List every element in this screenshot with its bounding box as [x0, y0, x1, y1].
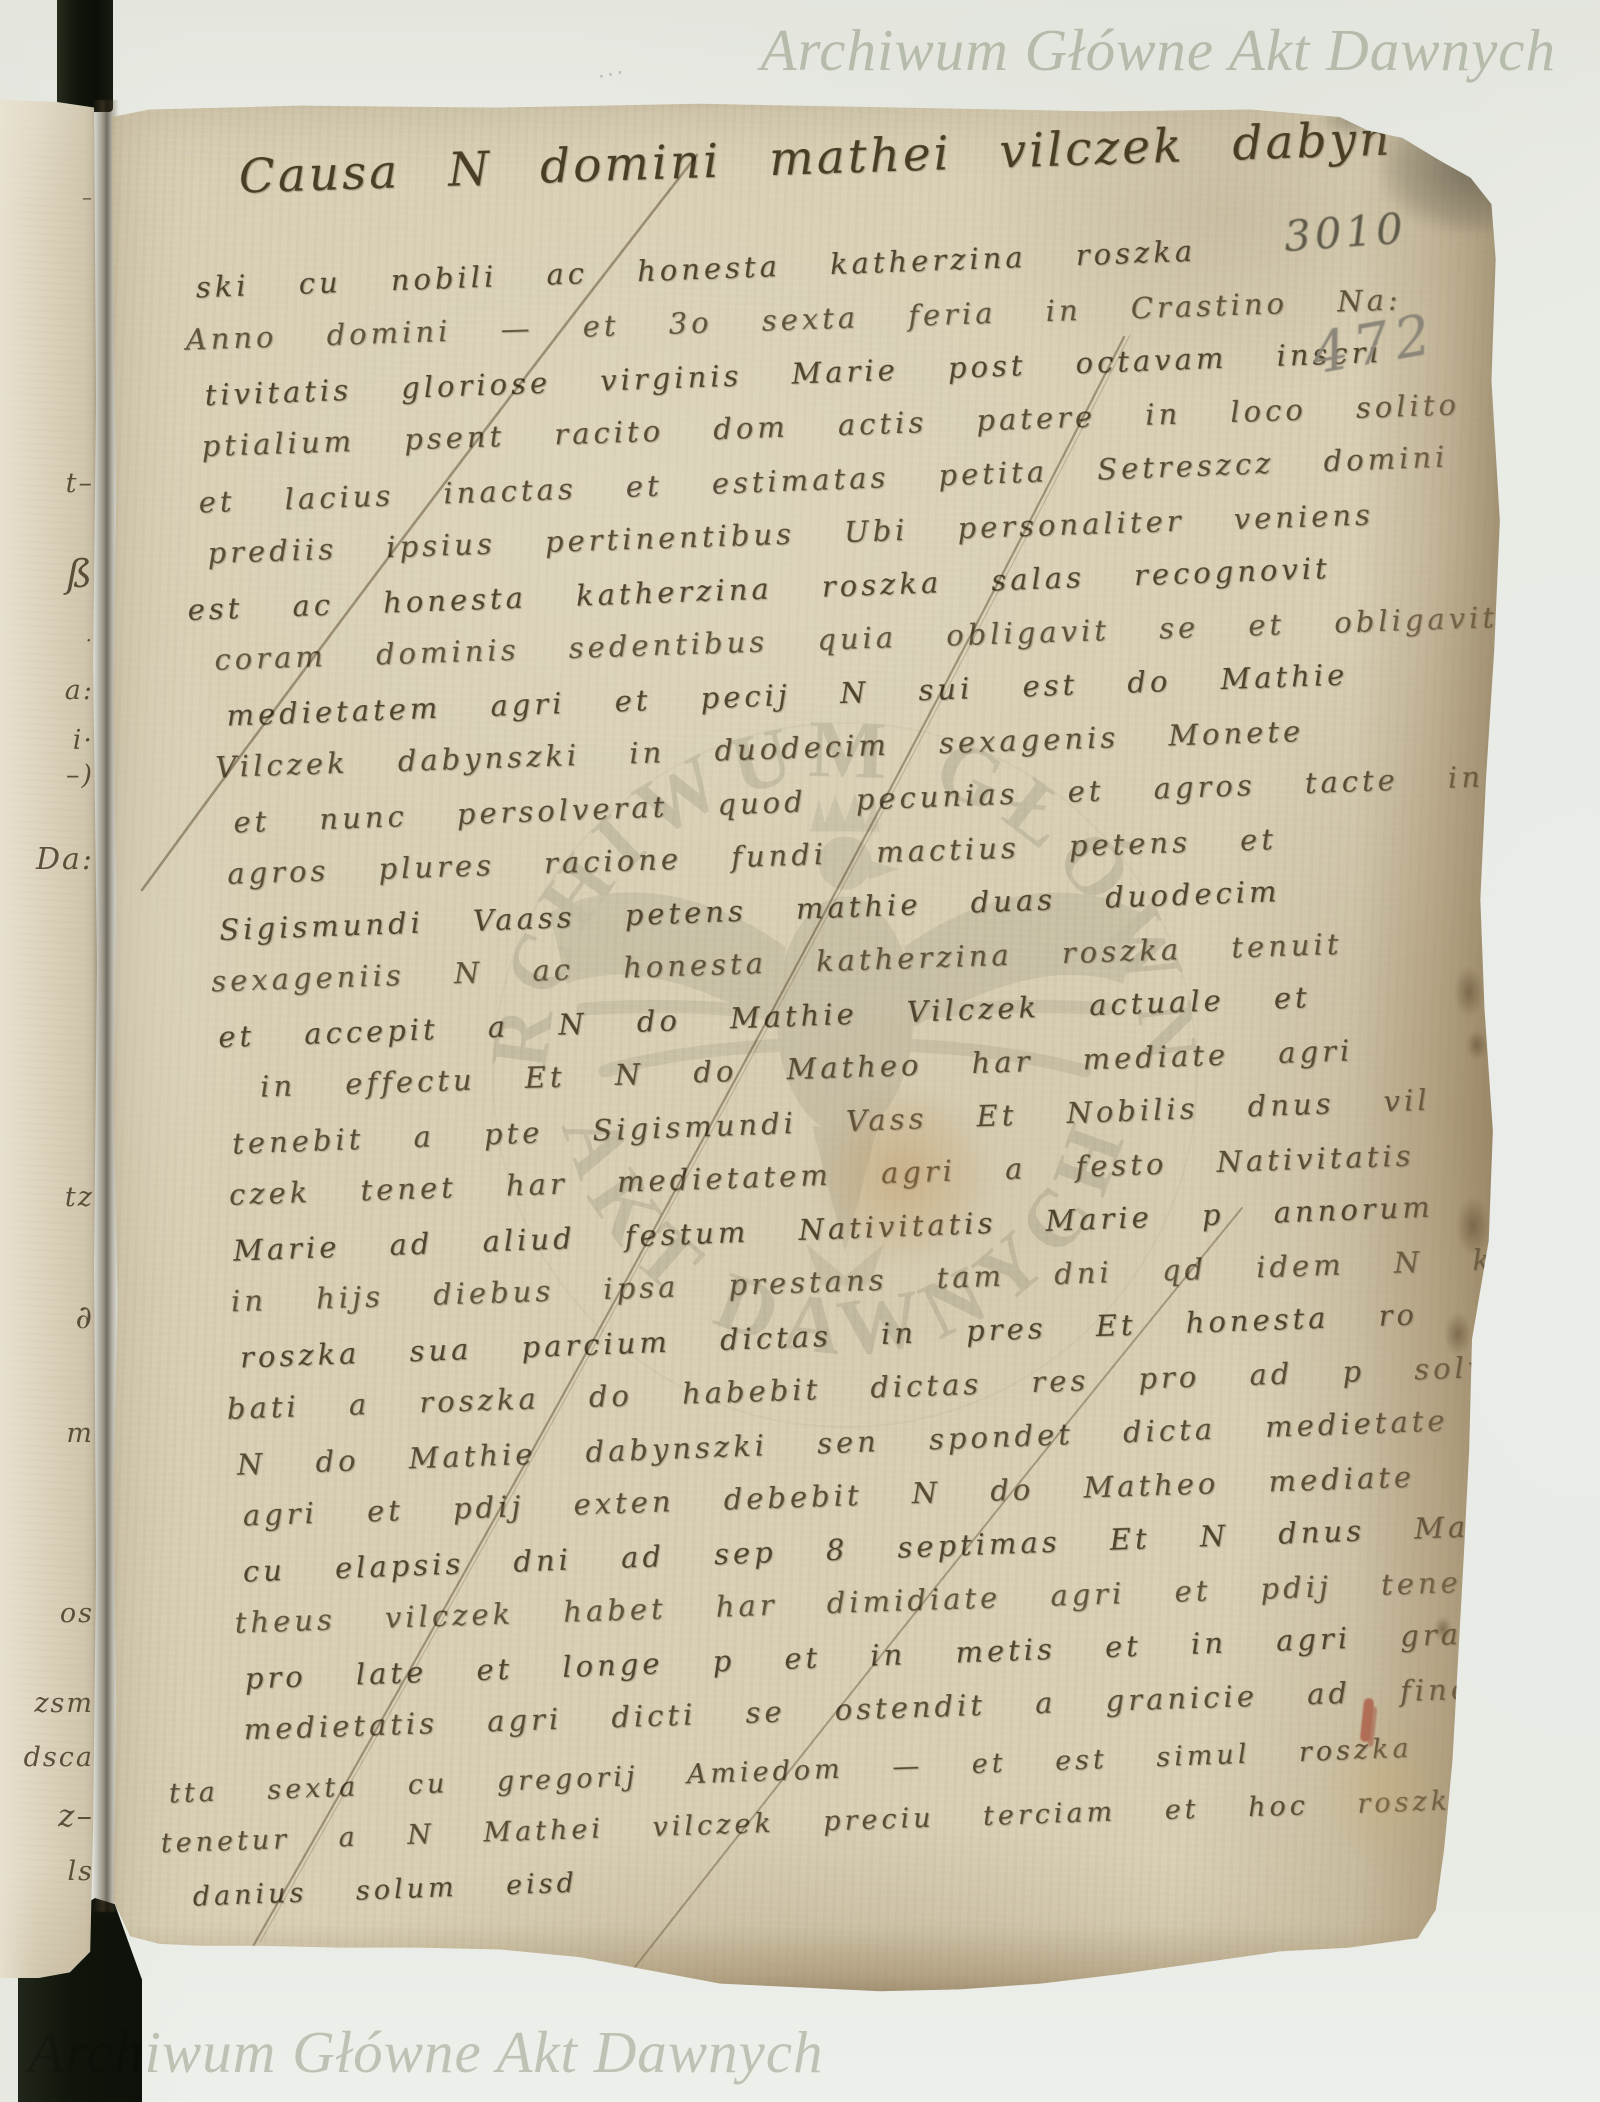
torn-edge-spot: [1434, 1616, 1452, 1642]
manuscript-fragment: m: [66, 1418, 94, 1449]
paper-stain: [1317, 1715, 1447, 1865]
manuscript-fragment: tz: [65, 1182, 94, 1213]
manuscript-fragment: z–: [58, 1798, 94, 1834]
archive-scan: { "archive": { "watermark_top": "Archiwu…: [0, 0, 1600, 2102]
manuscript-fragment: os: [60, 1598, 94, 1629]
manuscript-fragment: i·: [73, 725, 94, 756]
corner-smudge: [1318, 102, 1388, 138]
manuscript-fragment: ls: [68, 1856, 95, 1887]
deckle-edge-bottom: [112, 1925, 1504, 1995]
binding-tape-top: [57, 0, 113, 112]
pencil-mark: ···: [596, 59, 628, 88]
manuscript-fragment: zsm: [34, 1688, 94, 1719]
watermark-bottom: Archiwum Główne Akt Dawnych: [28, 2018, 824, 2087]
watermark-top: Archiwum Główne Akt Dawnych: [760, 16, 1556, 85]
torn-edge-spot: [1454, 966, 1484, 1018]
cancellation-strokes: [112, 100, 1504, 1995]
paper-stain: [812, 1085, 992, 1265]
manuscript-fragment: ß: [67, 552, 94, 596]
previous-page-edge: – t– ß · a: i· –) Da: tz ∂ m os zsm dsca…: [0, 100, 97, 1978]
manuscript-fragment: dsca: [24, 1742, 94, 1773]
manuscript-fragment: Da:: [36, 842, 94, 877]
manuscript-fragment: t–: [66, 468, 94, 499]
folio-number-ink: 3010: [1282, 204, 1408, 261]
manuscript-page: ARCHIWUM GŁÓWNE AKT DAWNYCH Cau: [112, 100, 1504, 1995]
manuscript-fragment: a:: [65, 675, 94, 706]
torn-edge-spot: [1456, 1196, 1490, 1256]
manuscript-fragment: –): [66, 760, 94, 791]
torn-edge-spot: [1444, 1312, 1472, 1356]
torn-edge-spot: [1466, 1030, 1488, 1060]
